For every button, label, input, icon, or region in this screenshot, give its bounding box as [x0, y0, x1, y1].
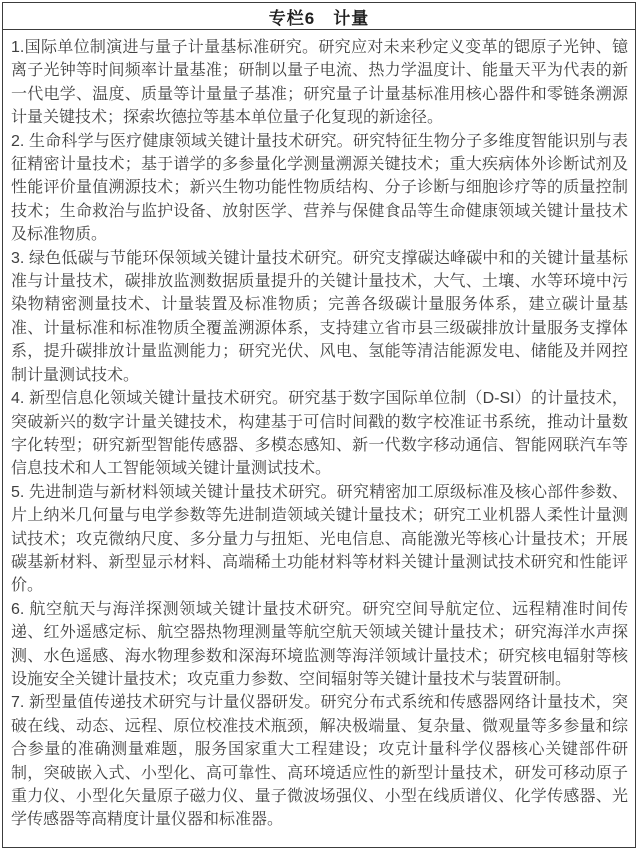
paragraph-3: 3. 绿色低碳与节能环保领域关键计量技术研究。研究支撑碳达峰碳中和的关键计量基标…	[11, 247, 628, 387]
paragraph-2: 2. 生命科学与医疗健康领域关键计量技术研究。研究特征生物分子多维度智能识别与表…	[11, 130, 628, 247]
paragraph-7: 7. 新型量值传递技术研究与计量仪器研发。研究分布式系统和传感器网络计量技术，突…	[11, 691, 628, 831]
paragraph-1: 1.国际单位制演进与量子计量基标准研究。研究应对未来秒定义变革的锶原子光钟、镱离…	[11, 36, 628, 130]
paragraph-5: 5. 先进制造与新材料领域关键计量技术研究。研究精密加工原级标准及核心部件参数、…	[11, 481, 628, 598]
panel-title: 专栏6 计量	[269, 4, 369, 29]
panel-title-row: 专栏6 计量	[3, 3, 635, 30]
paragraph-6: 6. 航空航天与海洋探测领域关键计量技术研究。研究空间导航定位、远程精准时间传递…	[11, 598, 628, 692]
column-panel: 专栏6 计量 1.国际单位制演进与量子计量基标准研究。研究应对未来秒定义变革的锶…	[2, 2, 636, 848]
panel-body: 1.国际单位制演进与量子计量基标准研究。研究应对未来秒定义变革的锶原子光钟、镱离…	[3, 30, 635, 838]
paragraph-4: 4. 新型信息化领域关键计量技术研究。研究基于数字国际单位制（D-SI）的计量技…	[11, 387, 628, 481]
